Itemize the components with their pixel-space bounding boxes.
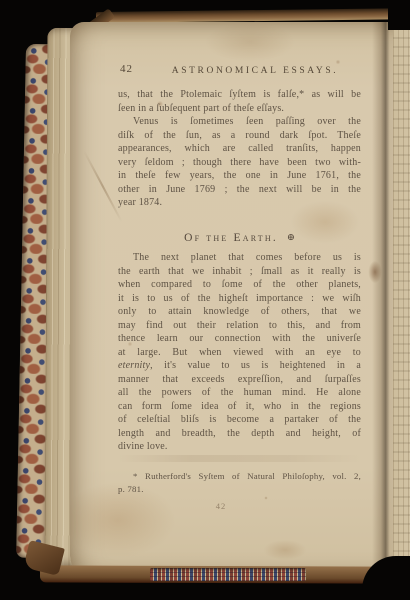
decorated-bottom-page-edges <box>150 568 306 581</box>
footnote-line: * Rutherford's Syſtem of Natural Philoſo… <box>118 470 361 483</box>
page-number: 42 <box>120 63 133 75</box>
text-line: it is to us of the higheſt importance : … <box>118 292 361 306</box>
background-top-right <box>388 0 410 30</box>
paragraph-earth: The next planet that comes before us ist… <box>118 251 361 454</box>
text-line: manner that exceeds expreſſion, and ſurp… <box>118 373 361 387</box>
text-line: only to attain knowledge of others, that… <box>118 305 361 319</box>
footnote-line: p. 781. <box>118 483 361 496</box>
section-heading-label: Of the Earth. <box>184 232 278 244</box>
text-line: the earth that we inhabit ; ſmall as it … <box>118 265 361 279</box>
text-line: of celeſtial bliſs is become a partaker … <box>118 413 361 427</box>
section-heading: Of the Earth.⊕ <box>118 228 361 246</box>
paragraph-venus: Venus is ſometimes ſeen paſſing over the… <box>118 115 361 210</box>
text-line: eternity, it's value to us is heightened… <box>118 359 361 373</box>
text-line: thence learn our connection with the uni… <box>118 332 361 346</box>
text-line: diſk of the ſun, as a round dark ſpot. T… <box>118 129 361 143</box>
text-line: in theſe few years, the one in June 1761… <box>118 169 361 183</box>
facing-page-sliver <box>393 30 410 570</box>
text-line: when compared to ſome of the other plane… <box>118 278 361 292</box>
text-line: appearances, which are called tranſits, … <box>118 142 361 156</box>
running-title: ASTRONOMICAL ESSAYS. <box>148 66 362 76</box>
text-line: ſeen in a ſubſequent part of theſe eſſay… <box>118 102 361 116</box>
earth-symbol-icon: ⊕ <box>287 233 295 243</box>
signature-mark: 42 <box>118 501 324 511</box>
gutter-shadow <box>372 22 394 578</box>
text-line: all the powers of the human mind. He alo… <box>118 386 361 400</box>
ink-show-through <box>118 455 361 462</box>
text-line: very ſeldom ; though there have been two… <box>118 156 361 170</box>
footnote: * Rutherford's Syſtem of Natural Philoſo… <box>118 470 361 496</box>
text-line: may find out their relation to this, and… <box>118 319 361 333</box>
text-line: other in June 1769 ; the next will be in… <box>118 183 361 197</box>
text-line: The next planet that comes before us is <box>118 251 361 265</box>
text-line: Venus is ſometimes ſeen paſſing over the <box>118 115 361 129</box>
paragraph-continuation: us, that the Ptolemaic ſyſtem is falſe,*… <box>118 88 361 115</box>
photographed-book-page: 42 ASTRONOMICAL ESSAYS. us, that the Pto… <box>0 0 410 600</box>
text-line: year 1874. <box>118 196 361 210</box>
text-line: at large. But when viewed with an eye to <box>118 346 361 360</box>
text-line: length and breadth, the depth and height… <box>118 427 361 441</box>
text-line: can form ſome idea of it, who in the reg… <box>118 400 361 414</box>
text-line: divine love. <box>118 440 361 454</box>
book-top-edge <box>96 8 396 23</box>
text-line: us, that the Ptolemaic ſyſtem is falſe,*… <box>118 88 361 102</box>
